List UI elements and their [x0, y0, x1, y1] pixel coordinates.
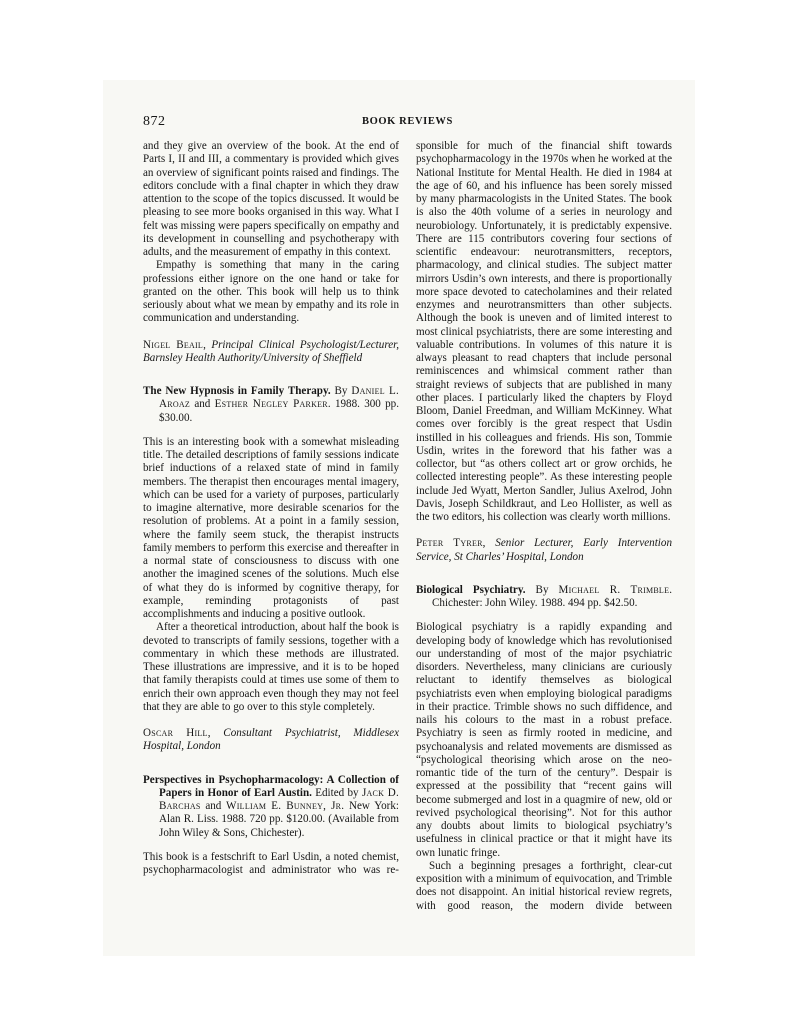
scan-background: 872 BOOK REVIEWS and they give an overvi… — [0, 0, 800, 1036]
book-title: Biological Psychiatry. — [416, 584, 526, 596]
body-text: After a theoretical introduction, about … — [143, 621, 399, 713]
person-name: Nigel Beail — [143, 339, 203, 351]
paragraph: and they give an overview of the book. A… — [143, 140, 399, 259]
paragraph: This book is a festschrift to Earl Usdin… — [143, 851, 399, 878]
signature: Oscar Hill, Consultant Psychiatrist, Mid… — [143, 727, 399, 754]
body-text: This book is a festschrift to Earl Usdin… — [143, 851, 399, 876]
running-head: 872 BOOK REVIEWS — [143, 112, 672, 130]
body-text: and they give an overview of the book. A… — [143, 140, 399, 258]
person-name: Oscar Hill — [143, 727, 208, 739]
paragraph: After a theoretical introduction, about … — [143, 621, 399, 714]
body-text: By — [331, 385, 352, 397]
column-right: sponsible for much of the financial shif… — [416, 140, 672, 913]
paragraph: This is an interesting book with a somew… — [143, 436, 399, 622]
body-text: This is an interesting book with a somew… — [143, 436, 399, 620]
person-name: Michael R. Trimble — [559, 584, 670, 596]
body-text: sponsible for much of the financial shif… — [416, 140, 672, 523]
paragraph: Empathy is something that many in the ca… — [143, 259, 399, 325]
body-text: and — [190, 398, 215, 410]
body-text: By — [526, 584, 559, 596]
signature: Peter Tyrer, Senior Lecturer, Early Inte… — [416, 537, 672, 564]
signature: Nigel Beail, Principal Clinical Psycholo… — [143, 339, 399, 366]
body-text: and — [201, 800, 226, 812]
book-heading: The New Hypnosis in Family Therapy. By D… — [143, 385, 399, 425]
journal-page: 872 BOOK REVIEWS and they give an overvi… — [103, 80, 695, 956]
body-text: Empathy is something that many in the ca… — [143, 259, 399, 324]
book-title: The New Hypnosis in Family Therapy. — [143, 385, 331, 397]
person-name: Peter Tyrer — [416, 537, 483, 549]
page-title: BOOK REVIEWS — [143, 116, 672, 127]
text-columns: and they give an overview of the book. A… — [143, 140, 672, 913]
body-text: Edited by — [312, 787, 362, 799]
column-left: and they give an overview of the book. A… — [143, 140, 399, 913]
book-heading: Biological Psychiatry. By Michael R. Tri… — [416, 584, 672, 611]
body-text: , — [483, 537, 496, 549]
book-heading: Perspectives in Psychopharmacology: A Co… — [143, 774, 399, 840]
paragraph: Biological psychiatry is a rapidly expan… — [416, 621, 672, 860]
paragraph: Such a beginning presages a forthright, … — [416, 860, 672, 913]
person-name: Esther Negley Parker — [215, 398, 328, 410]
person-name: William E. Bunney, Jr. — [226, 800, 344, 812]
body-text: Biological psychiatry is a rapidly expan… — [416, 621, 672, 858]
body-text: , — [208, 727, 224, 739]
body-text: Such a beginning presages a forthright, … — [416, 860, 672, 912]
page-content: 872 BOOK REVIEWS and they give an overvi… — [103, 80, 695, 913]
paragraph: sponsible for much of the financial shif… — [416, 140, 672, 524]
